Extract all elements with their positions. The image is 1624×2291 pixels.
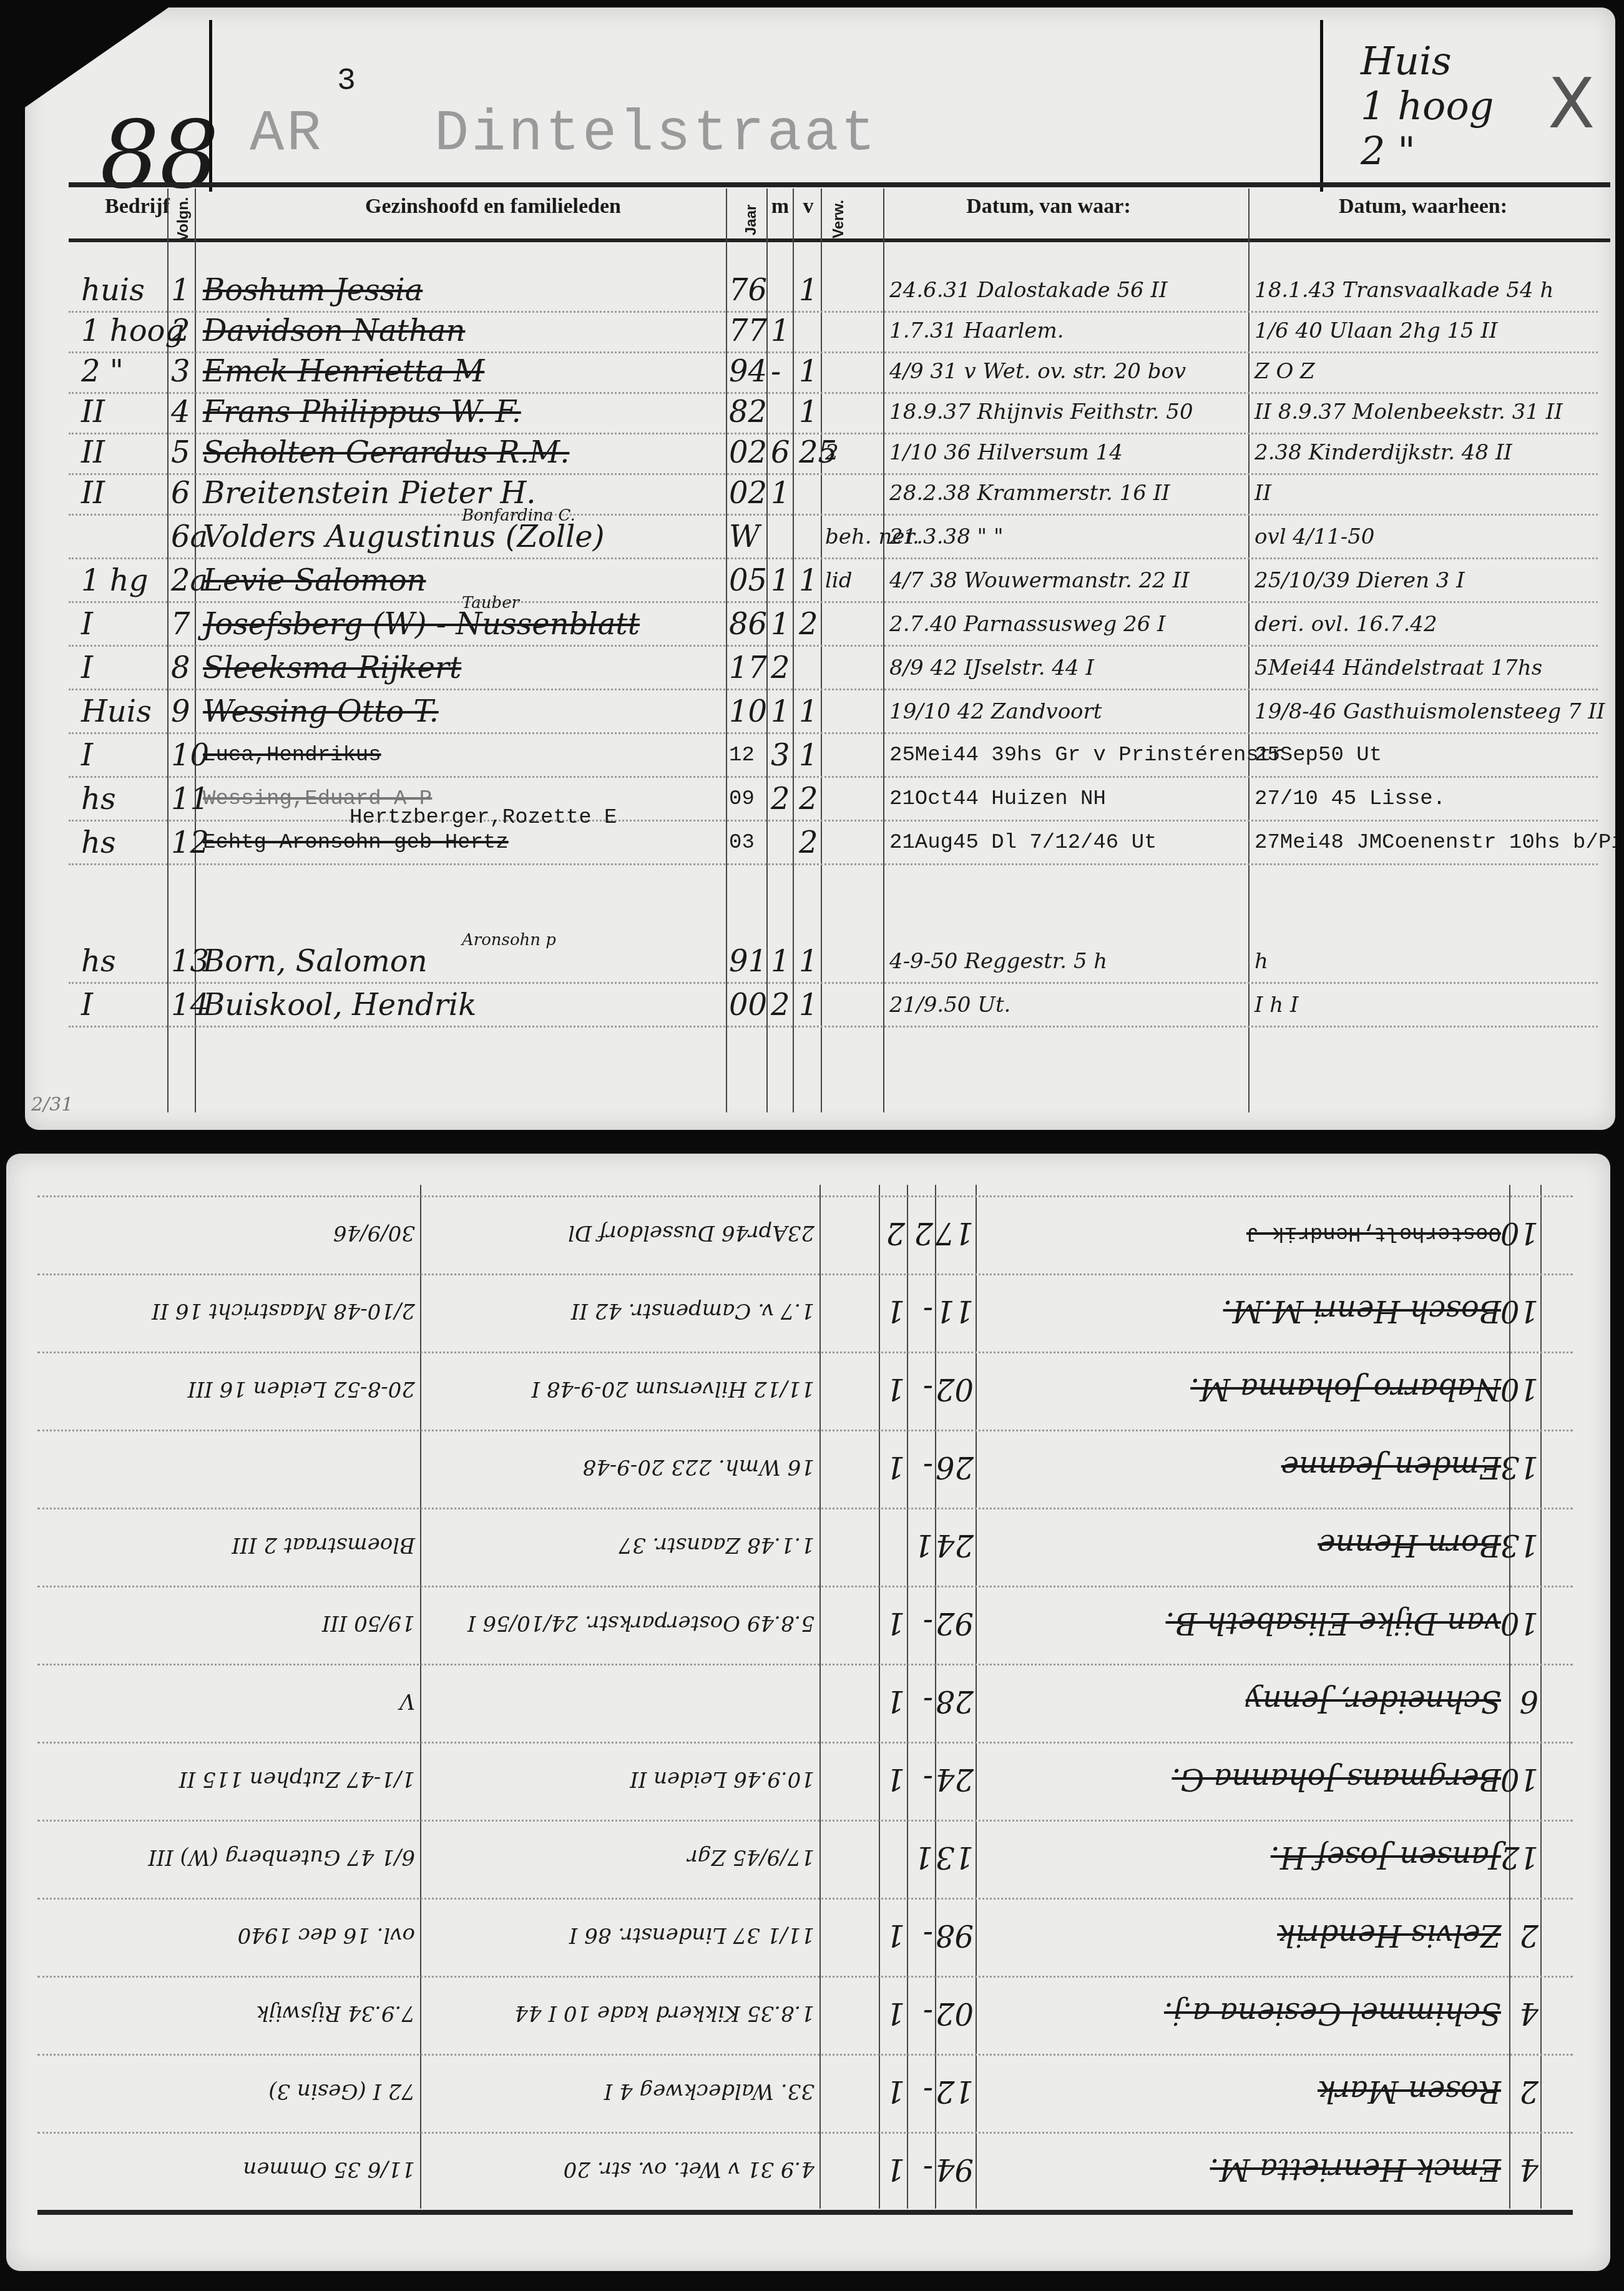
floor-huis: Huis [1361, 39, 1494, 84]
name-cell: Davidson Nathan [203, 310, 465, 351]
m-cell: - [923, 1680, 933, 1722]
jaar-cell: W [729, 516, 760, 557]
ruled-line [69, 820, 1598, 822]
volgn-cell: 4 [1519, 1993, 1538, 2034]
name-cell: Oosterholt,Hendrik J [1246, 1212, 1501, 1253]
table-row: 4Schimmel Gesiena a.j.02-11.8.35 Kikkerd… [6, 1975, 1610, 2053]
ruled-line [37, 2054, 1573, 2056]
m-cell: 1 [914, 1837, 933, 1878]
van-waar-cell: 24.6.31 Dalostakade 56 II [889, 270, 1167, 311]
v-cell: 2 [799, 778, 818, 820]
jaar-cell: 91 [729, 941, 767, 982]
name-correction: Hertzberger,Rozette E [350, 797, 617, 838]
volgn-cell: 13 [1500, 1524, 1538, 1566]
v-cell: 2 [886, 1212, 905, 1253]
ruled-line [69, 982, 1598, 984]
name-cell: Zelvis Hendrik [1277, 1915, 1501, 1956]
ruled-line [37, 1195, 1573, 1197]
van-waar-cell: 1.1.48 Zaanstr. 37 [619, 1524, 814, 1566]
v-cell: 2 [799, 604, 818, 645]
table-row: hs11Wessing,Eduard A P092221Oct44 Huizen… [25, 778, 1615, 820]
m-cell: - [923, 2149, 933, 2190]
jaar-cell: 26 [936, 1446, 974, 1488]
table-row: I8Sleeksma Rijkert1728/9 42 IJselstr. 44… [25, 647, 1615, 689]
jaar-cell: 94 [936, 2149, 974, 2190]
volgn-cell: 10 [1500, 1368, 1538, 1410]
name-cell: Buiskool, Hendrik [203, 984, 476, 1026]
bedrijf-cell: hs [81, 778, 116, 820]
jaar-cell: 98 [936, 1915, 974, 1956]
jaar-cell: 17 [729, 647, 767, 689]
van-waar-cell: 16 Wmh. 223 20-9-48 [582, 1446, 814, 1488]
table-row: II6Breitenstein Pieter H.02128.2.38 Kram… [25, 473, 1615, 514]
m-cell: 1 [771, 941, 790, 982]
waarheen-cell: 19/50 III [322, 1602, 415, 1644]
name-cell: Jansen Josef H. [1271, 1837, 1501, 1878]
waarheen-cell: 19/8-46 Gasthuismolensteeg 7 II [1255, 691, 1605, 732]
jaar-cell: 00 [729, 984, 767, 1026]
table-row: 12Jansen Josef H.13117/9/45 Zgr6/1 47 Gu… [6, 1818, 1610, 1896]
table-row: 10Bergmans Johanna G.24-110.9.46 Leiden … [6, 1740, 1610, 1818]
ruled-line [37, 1586, 1573, 1587]
ruled-line [37, 1664, 1573, 1666]
jaar-cell: 02 [729, 473, 767, 514]
name-cell: Boshum Jessia [203, 270, 423, 311]
header-rule [37, 2210, 1573, 2215]
table-row: II4Frans Philippus W. F.82118.9.37 Rhijn… [25, 391, 1615, 433]
col-van-waar: Datum, van waar: [855, 195, 1242, 218]
verw-cell: lid [825, 560, 853, 601]
van-waar-cell: 1.7 v. Campenstr. 42 II [571, 1290, 814, 1332]
m-cell: 1 [914, 1524, 933, 1566]
m-cell: - [771, 351, 781, 392]
col-gezinshoofd: Gezinshoofd en familieleden [225, 195, 761, 218]
table-row: huis1Boshum Jessia76124.6.31 Dalostakade… [25, 270, 1615, 311]
ruled-line [37, 1898, 1573, 1900]
van-waar-cell: 4-9-50 Reggestr. 5 h [889, 941, 1107, 982]
volgn-cell: 13 [1500, 1446, 1538, 1488]
waarheen-cell: 25/10/39 Dieren 3 I [1255, 560, 1465, 601]
volgn-cell: 10 [1500, 1759, 1538, 1800]
volgn-cell: 10 [1500, 1602, 1538, 1644]
m-cell: - [923, 1993, 933, 2034]
jaar-cell: 24 [936, 1759, 974, 1800]
name-cell: Schimmel Gesiena a.j. [1164, 1993, 1501, 2034]
table-row: 10Bosch Henri M.M.11-11.7 v. Campenstr. … [6, 1272, 1610, 1350]
ruled-line [69, 557, 1598, 559]
name-note: Bonfardina C. [462, 495, 575, 536]
waarheen-cell: 1/1-47 Zutphen 115 II [179, 1759, 415, 1800]
jaar-cell: 11 [936, 1290, 974, 1332]
table-row: 6Schneider, Jenny28-1V [6, 1662, 1610, 1740]
waarheen-cell: Bloemstraat 2 III [232, 1524, 415, 1566]
table-row: I14Buiskool, Hendrik002121/9.50 Ut.I h I [25, 984, 1615, 1026]
v-cell: 2 [799, 822, 818, 863]
v-cell: 1 [886, 1759, 905, 1800]
bedrijf-cell: hs [81, 822, 116, 863]
m-cell: - [923, 1290, 933, 1332]
ruled-line [37, 1352, 1573, 1353]
waarheen-cell: 1/6 40 Ulaan 2hg 15 II [1255, 310, 1497, 351]
van-waar-cell: 17/9/45 Zgr [687, 1837, 814, 1878]
volgn-cell: 2 [1519, 2071, 1538, 2112]
van-waar-cell: 25Mei44 39hs Gr v Prinstérenstr [889, 735, 1284, 776]
col-m: m [768, 195, 793, 218]
table-row: I10Luca,Hendrikus123125Mei44 39hs Gr v P… [25, 735, 1615, 776]
volgn-cell: 8 [171, 647, 190, 689]
jaar-cell: 10 [729, 691, 767, 732]
waarheen-cell: 20-8-52 Leiden 16 III [188, 1368, 415, 1410]
col-volgn: Volgn. [175, 197, 192, 242]
van-waar-cell: 11/12 Hilversum 20-9-48 I [531, 1368, 814, 1410]
v-cell: 1 [799, 735, 818, 776]
volgn-cell: 10 [1500, 1212, 1538, 1253]
table-row: I7Josefsberg (W) - NussenblattTauber8612… [25, 604, 1615, 645]
name-cell: Sleeksma Rijkert [203, 647, 461, 689]
bedrijf-cell: I [81, 647, 93, 689]
street-prefix-superscript: 3 [337, 64, 356, 99]
table-row: 4Emck Henrietta M.94-14.9 31 v Wet. ov. … [6, 2131, 1610, 2209]
table-row: 1 hg2aLevie Salomon0511lid4/7 38 Wouwerm… [25, 560, 1615, 601]
v-cell: 1 [886, 1915, 905, 1956]
col-waarheen: Datum, waarheen: [1248, 195, 1598, 218]
volgn-cell: 2 [1519, 1915, 1538, 1956]
van-waar-cell: 5.8.49 Oosterparkstr. 24/10/56 I [467, 1602, 814, 1644]
ruled-line [69, 514, 1598, 516]
v-cell: 1 [799, 270, 818, 311]
waarheen-cell: 11/6 35 Ommen [243, 2149, 415, 2190]
name-cell: Frans Philippus W. F. [203, 391, 521, 433]
ruled-line [37, 1976, 1573, 1978]
m-cell: - [923, 1446, 933, 1488]
jaar-cell: 02 [936, 1368, 974, 1410]
jaar-cell: 28 [936, 1680, 974, 1722]
volgn-cell: 5 [171, 432, 190, 473]
v-cell: 1 [886, 1993, 905, 2034]
ruled-line [69, 689, 1598, 690]
waarheen-cell: 5Mei44 Händelstraat 17hs [1255, 647, 1542, 689]
name-cell: van Dijke Elisabeth B. [1166, 1602, 1502, 1644]
van-waar-cell: 1.7.31 Haarlem. [889, 310, 1064, 351]
jaar-cell: 17 [936, 1212, 974, 1253]
table-row: 13Born Henne2411.1.48 Zaanstr. 37Bloemst… [6, 1506, 1610, 1584]
jaar-cell: 03 [729, 822, 755, 863]
ruled-line [69, 776, 1598, 778]
table-row: Huis9Wessing Otto T.101119/10 42 Zandvoo… [25, 691, 1615, 732]
ruled-line [37, 2132, 1573, 2134]
waarheen-cell: 7.9.34 Rijswijk [256, 1993, 415, 2034]
bedrijf-cell: Huis [81, 691, 152, 732]
ruled-line [69, 645, 1598, 647]
m-cell: 2 [914, 1212, 933, 1253]
col-v: v [796, 195, 821, 218]
van-waar-cell: 11/1 37 Lindenstr. 86 I [569, 1915, 814, 1956]
m-cell: 1 [771, 604, 790, 645]
waarheen-cell: ovl. 16 dec 1940 [237, 1915, 415, 1956]
table-row: 10Nabarro Johanna M.02-111/12 Hilversum … [6, 1350, 1610, 1428]
van-waar-cell: 2.7.40 Parnassusweg 26 I [889, 604, 1166, 645]
bedrijf-cell: 1 hg [81, 560, 148, 601]
jaar-cell: 86 [729, 604, 767, 645]
table-row: 10Oosterholt,Hendrik J172223Apr46 Dussel… [6, 1194, 1610, 1272]
waarheen-cell: h [1255, 941, 1268, 982]
name-cell: Emck Henrietta M [203, 351, 484, 392]
ruled-line [69, 1026, 1598, 1028]
street-prefix: AR [250, 101, 323, 167]
jaar-cell: 77 [729, 310, 767, 351]
waarheen-cell: 27Mei48 JMCoenenstr 10hs b/Pinto [1255, 822, 1624, 863]
bedrijf-cell: I [81, 984, 93, 1026]
ruled-line [37, 1820, 1573, 1822]
waarheen-cell: 6/1 47 Gutenberg (W) III [148, 1837, 415, 1878]
card-number: 88 [100, 101, 219, 210]
van-waar-cell: 10.9.46 Leiden II [630, 1759, 814, 1800]
jaar-cell: 24 [936, 1524, 974, 1566]
jaar-cell: 05 [729, 560, 767, 601]
table-row: 2Rosen Mark12-133. Waldeckweg 4 I72 I (G… [6, 2053, 1610, 2131]
waarheen-cell: 27/10 45 Lisse. [1255, 778, 1445, 820]
van-waar-cell: 33. Waldeckweg 4 I [604, 2071, 814, 2112]
jaar-cell: 02 [936, 1993, 974, 2034]
floors-note: Huis 1 hoog 2 " [1361, 39, 1494, 174]
waarheen-cell: deri. ovl. 16.7.42 [1255, 604, 1437, 645]
margin-note: 2/31 [31, 1094, 73, 1116]
waarheen-cell: 30/9/46 [333, 1212, 415, 1253]
waarheen-cell: 2.38 Kinderdijkstr. 48 II [1255, 432, 1512, 473]
table-row: 1 hoog2Davidson Nathan7711.7.31 Haarlem.… [25, 310, 1615, 351]
header-divider-right [1320, 20, 1323, 192]
volgn-cell: 4 [1519, 2149, 1538, 2190]
v-cell: 1 [799, 560, 818, 601]
floor-2: 2 " [1361, 129, 1494, 174]
waarheen-cell: 2/10-48 Maastricht 16 II [152, 1290, 415, 1332]
name-cell: Emck Henrietta M. [1210, 2149, 1501, 2190]
jaar-cell: 09 [729, 778, 755, 820]
van-waar-cell: 21/9.50 Ut. [889, 984, 1010, 1026]
col-verw: Verw. [830, 200, 848, 238]
ruled-line [37, 1273, 1573, 1275]
van-waar-cell: 21Aug45 Dl 7/12/46 Ut [889, 822, 1157, 863]
street-name: Dintelstraat [434, 101, 878, 167]
waarheen-cell: 18.1.43 Transvaalkade 54 h [1255, 270, 1553, 311]
m-cell: - [923, 2071, 933, 2112]
m-cell: - [923, 1915, 933, 1956]
table-row: 2 "3Emck Henrietta M94-14/9 31 v Wet. ov… [25, 351, 1615, 392]
table-row: hs12Echtg Aronsohn geb HertzHertzberger,… [25, 822, 1615, 863]
bedrijf-cell: II [81, 473, 105, 514]
van-waar-cell: 21.3.38 " " [889, 516, 1004, 557]
v-cell: 1 [799, 351, 818, 392]
bedrijf-cell: hs [81, 941, 116, 982]
m-cell: 2 [771, 647, 790, 689]
column-header-rule [69, 238, 1610, 242]
waarheen-cell: Z O Z [1255, 351, 1315, 392]
van-waar-cell: 28.2.38 Krammerstr. 16 II [889, 473, 1170, 514]
name-cell: Rosen Mark [1318, 2071, 1501, 2112]
jaar-cell: 94 [729, 351, 767, 392]
header-rule [69, 182, 1610, 187]
volgn-cell: 7 [171, 604, 190, 645]
van-waar-cell: 18.9.37 Rhijnvis Feithstr. 50 [889, 391, 1193, 433]
street-title: AR Dintelstraat [250, 101, 878, 167]
ruled-line [69, 863, 1598, 865]
jaar-cell: 13 [936, 1837, 974, 1878]
header-divider [209, 20, 212, 192]
volgn-cell: 12 [1500, 1837, 1538, 1878]
name-note: Aronsohn p [462, 920, 556, 961]
ruled-line [69, 601, 1598, 603]
jaar-cell: 76 [729, 270, 767, 311]
bedrijf-cell: II [81, 391, 105, 433]
name-cell: Born, Salomon [203, 941, 428, 982]
v-cell: 1 [799, 941, 818, 982]
ruled-line [37, 1742, 1573, 1744]
name-cell: Scholten Gerardus R.M. [203, 432, 569, 473]
table-row: 10van Dijke Elisabeth B.92-15.8.49 Ooste… [6, 1584, 1610, 1662]
x-mark-icon: X [1548, 64, 1595, 144]
volgn-cell: 9 [171, 691, 190, 732]
name-cell: Emden Jeanne [1281, 1446, 1501, 1488]
name-cell: Wessing Otto T. [203, 691, 439, 732]
v-cell: 1 [886, 1290, 905, 1332]
m-cell: - [923, 1759, 933, 1800]
col-jaar: Jaar [743, 205, 760, 235]
waarheen-cell: II 8.9.37 Molenbeekstr. 31 II [1255, 391, 1563, 433]
ruled-line [37, 1508, 1573, 1509]
v-cell: 1 [886, 1368, 905, 1410]
v-cell: 1 [886, 1680, 905, 1722]
table-row: 2Zelvis Hendrik98-111/1 37 Lindenstr. 86… [6, 1896, 1610, 1975]
volgn-cell: 2 [171, 310, 190, 351]
m-cell: 6 [771, 432, 790, 473]
jaar-cell: 82 [729, 391, 767, 433]
back-card-rotated-content: 4Emck Henrietta M.94-14.9 31 v Wet. ov. … [6, 1154, 1610, 2271]
bedrijf-cell: huis [81, 270, 145, 311]
name-cell: Josefsberg (W) - Nussenblatt [203, 604, 640, 645]
volgn-cell: 1 [171, 270, 190, 311]
volgn-cell: 6 [1519, 1680, 1538, 1722]
jaar-cell: 12 [729, 735, 755, 776]
table-row: 6aVolders Augustinus (Zolle)Bonfardina C… [25, 516, 1615, 557]
table-row: II5Scholten Gerardus R.M.0262521/10 36 H… [25, 432, 1615, 473]
m-cell: 1 [771, 473, 790, 514]
van-waar-cell: 23Apr46 Dusseldorf Dl [568, 1212, 814, 1253]
name-cell: Born Henne [1318, 1524, 1501, 1566]
jaar-cell: 92 [936, 1602, 974, 1644]
ruled-line [69, 732, 1598, 734]
bedrijf-cell: 1 hoog [81, 310, 184, 351]
volgn-cell: 4 [171, 391, 190, 433]
m-cell: 1 [771, 691, 790, 732]
waarheen-cell: 25Sep50 Ut [1255, 735, 1382, 776]
waarheen-cell: II [1255, 473, 1271, 514]
m-cell: - [923, 1368, 933, 1410]
jaar-cell: 02 [729, 432, 767, 473]
van-waar-cell: 4.9 31 v Wet. ov. str. 20 [564, 2149, 814, 2190]
waarheen-cell: 72 I (Gesin 3) [268, 2071, 415, 2112]
van-waar-cell: 21Oct44 Huizen NH [889, 778, 1106, 820]
van-waar-cell: 8/9 42 IJselstr. 44 I [889, 647, 1094, 689]
m-cell: 1 [771, 560, 790, 601]
m-cell: 3 [771, 735, 790, 776]
name-cell: Luca,Hendrikus [203, 735, 381, 776]
v-cell: 1 [799, 391, 818, 433]
bedrijf-cell: I [81, 604, 93, 645]
v-cell: 1 [799, 691, 818, 732]
ruled-line [37, 1430, 1573, 1431]
bedrijf-cell: 2 " [81, 351, 124, 392]
jaar-cell: 12 [936, 2071, 974, 2112]
name-note: Tauber [462, 582, 519, 624]
table-row: 13Emden Jeanne26-116 Wmh. 223 20-9-48 [6, 1428, 1610, 1506]
register-card-back: 4Emck Henrietta M.94-14.9 31 v Wet. ov. … [6, 1154, 1610, 2271]
volgn-cell: 10 [1500, 1290, 1538, 1332]
volgn-cell: 3 [171, 351, 190, 392]
m-cell: 1 [771, 310, 790, 351]
volgn-cell: 6 [171, 473, 190, 514]
van-waar-cell: 4/9 31 v Wet. ov. str. 20 bov [889, 351, 1186, 392]
van-waar-cell: 19/10 42 Zandvoort [889, 691, 1102, 732]
v-cell: 1 [886, 1446, 905, 1488]
van-waar-cell: 1/10 36 Hilversum 14 [889, 432, 1123, 473]
v-cell: 1 [799, 984, 818, 1026]
bedrijf-cell: II [81, 432, 105, 473]
v-cell: 1 [886, 2071, 905, 2112]
table-row: hs13Born, SalomonAronsohn p91114-9-50 Re… [25, 941, 1615, 982]
name-cell: Levie Salomon [203, 560, 426, 601]
waarheen-cell: ovl 4/11-50 [1255, 516, 1374, 557]
floor-1-hoog: 1 hoog [1361, 84, 1494, 129]
name-cell: Schneider, Jenny [1246, 1680, 1501, 1722]
waarheen-cell: I h I [1255, 984, 1298, 1026]
waarheen-cell: V [399, 1680, 415, 1722]
m-cell: - [923, 1602, 933, 1644]
verw-cell: 2 [825, 432, 839, 473]
bedrijf-cell: I [81, 735, 93, 776]
v-cell: 1 [886, 1602, 905, 1644]
v-cell: 1 [886, 2149, 905, 2190]
name-cell: Bosch Henri M.M. [1223, 1290, 1501, 1332]
van-waar-cell: 4/7 38 Wouwermanstr. 22 II [889, 560, 1190, 601]
name-cell: Nabarro Johanna M. [1190, 1368, 1501, 1410]
register-card-front: 88 3 AR Dintelstraat Huis 1 hoog 2 " X B… [25, 7, 1615, 1130]
van-waar-cell: 1.8.35 Kikkerd kade 10 I 44 [514, 1993, 814, 2034]
m-cell: 2 [771, 778, 790, 820]
name-cell: Bergmans Johanna G. [1172, 1759, 1501, 1800]
m-cell: 2 [771, 984, 790, 1026]
